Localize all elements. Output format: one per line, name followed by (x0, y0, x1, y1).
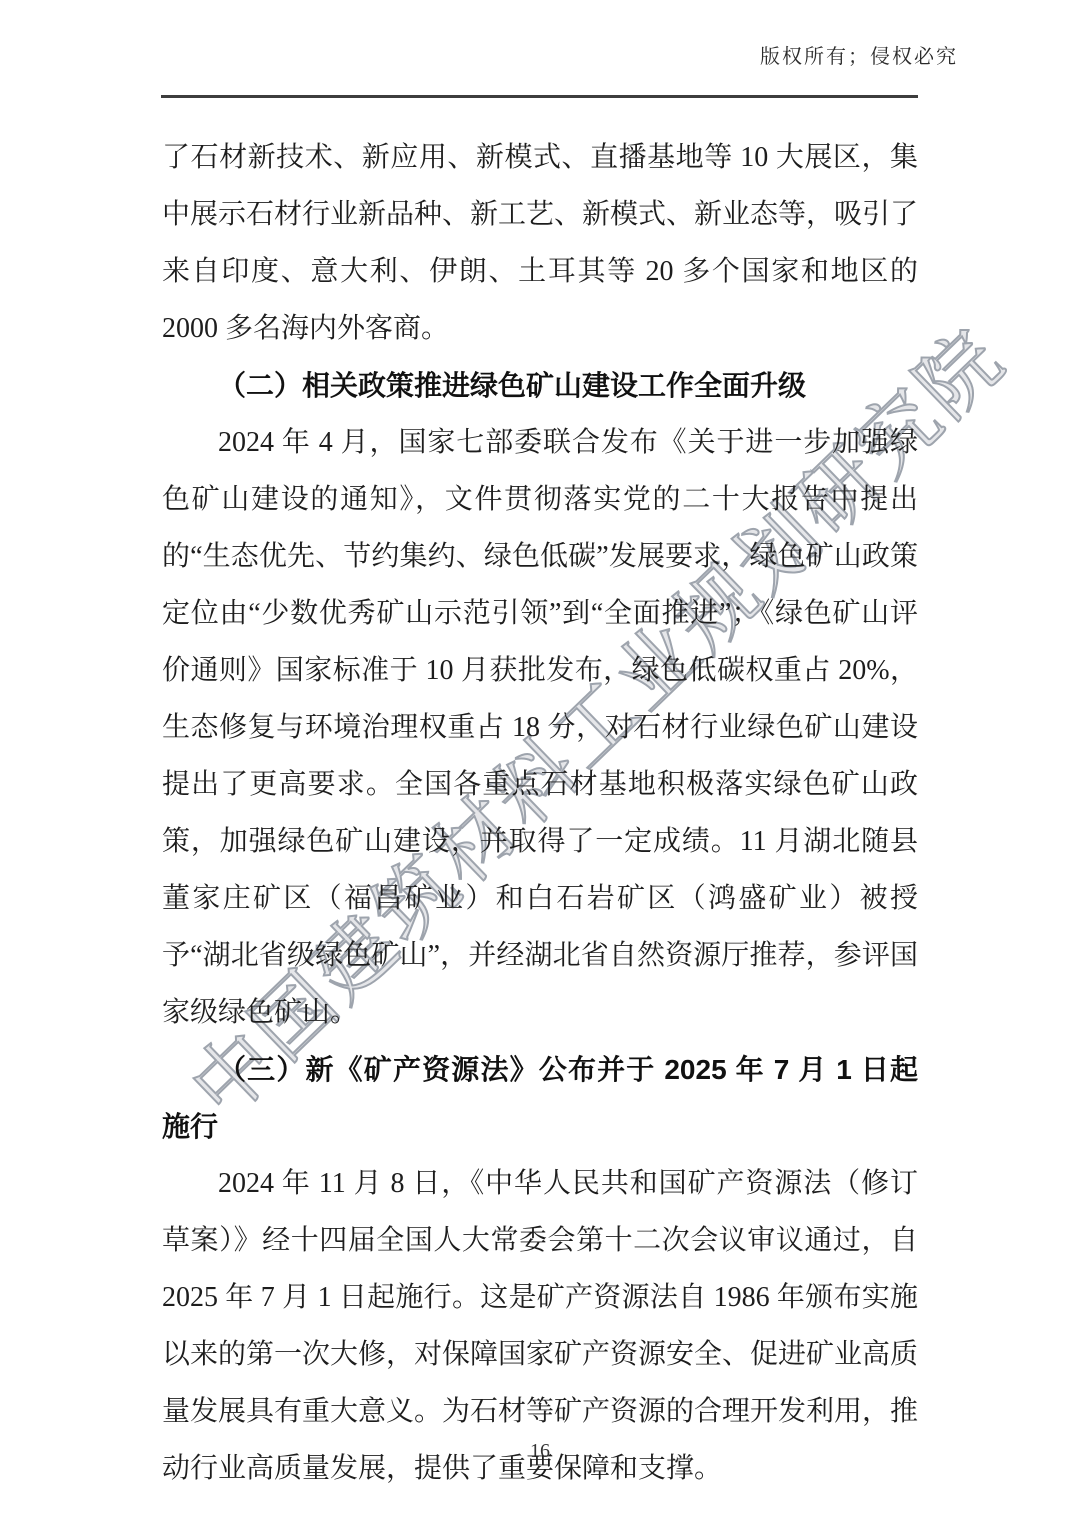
document-body: 了石材新技术、新应用、新模式、直播基地等 10 大展区，集中展示石材行业新品种、… (162, 129, 918, 1497)
section-heading: （三）新《矿产资源法》公布并于 2025 年 7 月 1 日起施行 (162, 1041, 918, 1155)
body-paragraph: 2024 年 4 月，国家七部委联合发布《关于进一步加强绿色矿山建设的通知》，文… (162, 414, 918, 1041)
body-paragraph: 2024 年 11 月 8 日，《中华人民共和国矿产资源法（修订草案）》经十四届… (162, 1155, 918, 1497)
document-page: 版权所有；侵权必究 中国建筑材料工业规划研究院 了石材新技术、新应用、新模式、直… (0, 0, 1080, 1527)
body-paragraph: 了石材新技术、新应用、新模式、直播基地等 10 大展区，集中展示石材行业新品种、… (162, 129, 918, 357)
section-heading: （二）相关政策推进绿色矿山建设工作全面升级 (162, 357, 918, 414)
copyright-notice: 版权所有；侵权必究 (760, 40, 958, 69)
header-rule (161, 95, 918, 98)
